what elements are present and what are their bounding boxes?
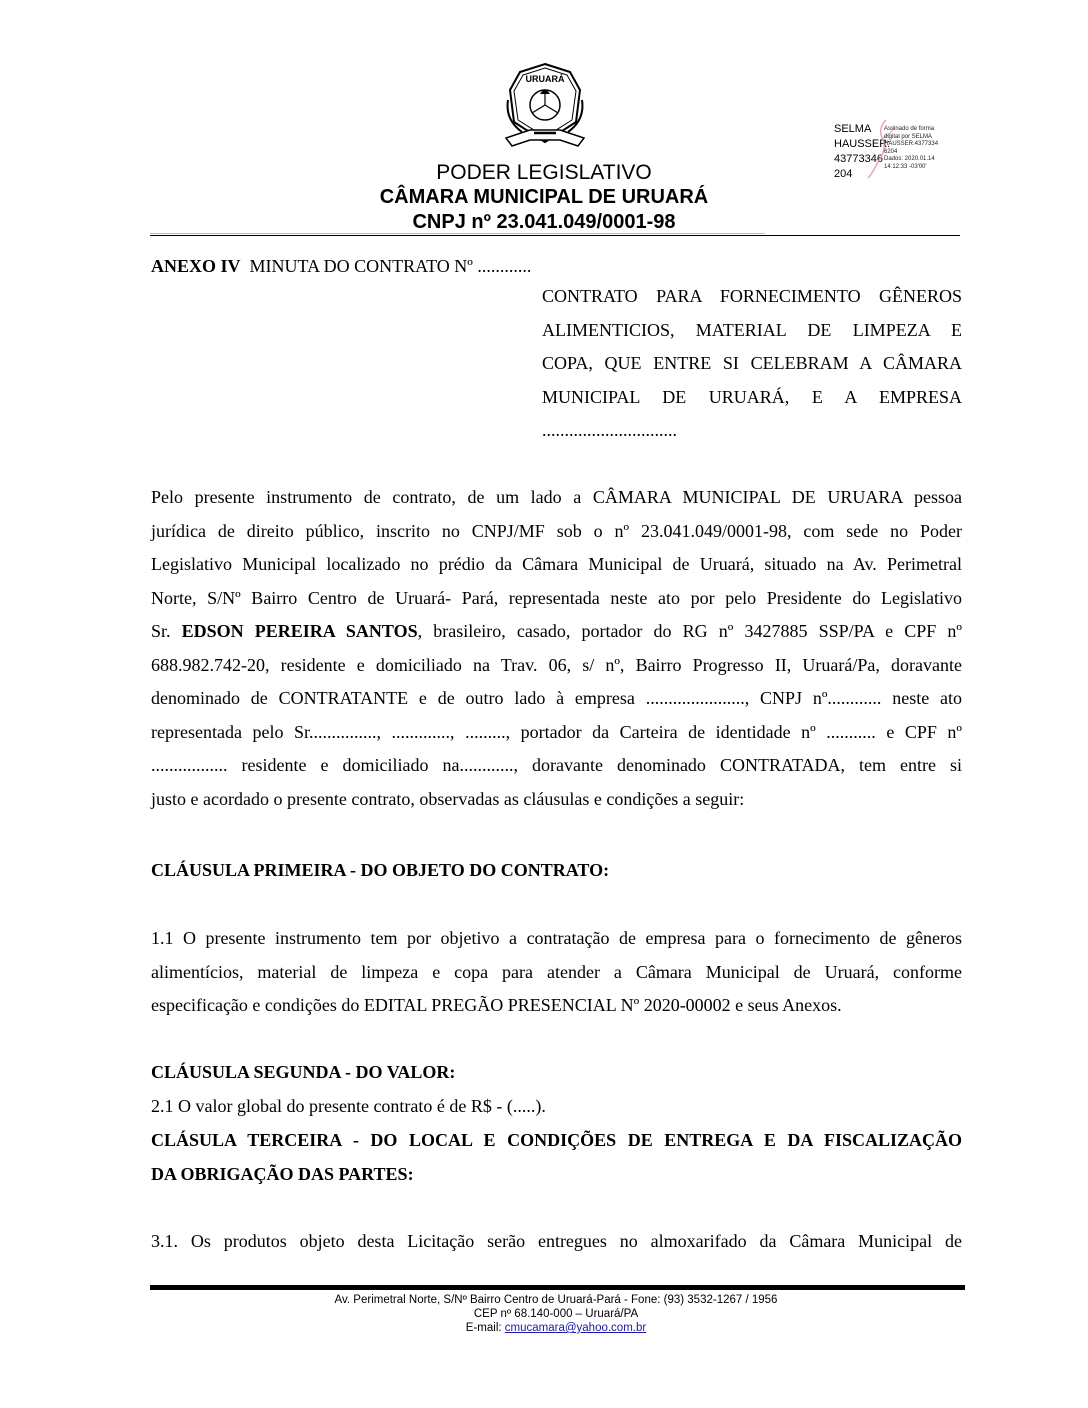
clause-1-text: 1.1 O presente instrumento tem por objet… — [151, 922, 962, 1023]
signature-details: Assinado de forma digital por SELMA HAUS… — [884, 126, 938, 172]
paragraph-line: Sr. EDSON PEREIRA SANTOS, brasileiro, ca… — [151, 615, 962, 649]
clause-3-heading: CLÁSULA TERCEIRA - DO LOCAL E CONDIÇÕES … — [151, 1124, 962, 1191]
summary-line: .............................. — [542, 414, 962, 448]
paragraph-line: 3.1. Os produtos objeto desta Licitação … — [151, 1225, 962, 1259]
paragraph-line: alimentícios, material de limpeza e copa… — [151, 956, 962, 990]
text-fragment: Sr. — [151, 621, 182, 641]
paragraph-line: Legislativo Municipal localizado no préd… — [151, 548, 962, 582]
footer-email-label: E-mail: — [466, 1322, 505, 1334]
text-fragment: , brasileiro, casado, portador do RG nº … — [418, 621, 962, 641]
footer-rule — [150, 1285, 965, 1290]
svg-text:URUARÁ: URUARÁ — [526, 74, 565, 84]
header-rule-shadow — [150, 233, 765, 234]
summary-line: MUNICIPAL DE URUARÁ, E A EMPRESA — [542, 381, 962, 415]
header-rule — [150, 235, 960, 236]
summary-line: ALIMENTICIOS, MATERIAL DE LIMPEZA E — [542, 314, 962, 348]
footer-cep: CEP nº 68.140-000 – Uruará/PA — [0, 1307, 1088, 1321]
heading-line: DA OBRIGAÇÃO DAS PARTES: — [151, 1158, 962, 1192]
summary-line: CONTRATO PARA FORNECIMENTO GÊNEROS — [542, 280, 962, 314]
paragraph-line: 688.982.742-20, residente e domiciliado … — [151, 649, 962, 683]
intro-paragraph: Pelo presente instrumento de contrato, d… — [151, 481, 962, 816]
president-name: EDSON PEREIRA SANTOS — [182, 621, 418, 641]
contract-summary: CONTRATO PARA FORNECIMENTO GÊNEROS ALIME… — [542, 280, 962, 448]
clause-2-text: 2.1 O valor global do presente contrato … — [151, 1090, 546, 1124]
paragraph-line: especificação e condições do EDITAL PREG… — [151, 989, 962, 1023]
footer-address: Av. Perimetral Norte, S/Nº Bairro Centro… — [0, 1293, 1088, 1307]
heading-line: CLÁSULA TERCEIRA - DO LOCAL E CONDIÇÕES … — [151, 1124, 962, 1158]
digital-signature-stamp: SELMA HAUSSER: 43773346 204 Assinado de … — [834, 122, 964, 182]
clause-2-heading: CLÁUSULA SEGUNDA - DO VALOR: — [151, 1056, 455, 1090]
footer-email-line: E-mail: cmucamara@yahoo.com.br — [0, 1321, 1088, 1335]
paragraph-line: 1.1 O presente instrumento tem por objet… — [151, 922, 962, 956]
footer-email-link[interactable]: cmucamara@yahoo.com.br — [505, 1322, 646, 1334]
annex-subtitle: MINUTA DO CONTRATO Nº ............ — [250, 256, 532, 276]
header-cnpj: CNPJ nº 23.041.049/0001-98 — [0, 211, 1088, 234]
paragraph-line: ................. residente e domiciliad… — [151, 749, 962, 783]
paragraph-line: Norte, S/Nº Bairro Centro de Uruará- Par… — [151, 582, 962, 616]
clause-1-heading: CLÁUSULA PRIMEIRA - DO OBJETO DO CONTRAT… — [151, 854, 609, 888]
header-camara-name: CÂMARA MUNICIPAL DE URUARÁ — [0, 186, 1088, 209]
clause-3-text: 3.1. Os produtos objeto desta Licitação … — [151, 1225, 962, 1259]
coat-of-arms-icon: URUARÁ — [500, 60, 590, 155]
annex-title: ANEXO IV MINUTA DO CONTRATO Nº .........… — [151, 250, 531, 284]
paragraph-line: justo e acordado o presente contrato, ob… — [151, 783, 962, 817]
summary-line: COPA, QUE ENTRE SI CELEBRAM A CÂMARA — [542, 347, 962, 381]
paragraph-line: Pelo presente instrumento de contrato, d… — [151, 481, 962, 515]
annex-label: ANEXO IV — [151, 256, 241, 276]
paragraph-line: representada pelo Sr..............., ...… — [151, 716, 962, 750]
paragraph-line: jurídica de direito público, inscrito no… — [151, 515, 962, 549]
paragraph-line: denominado de CONTRATANTE e de outro lad… — [151, 682, 962, 716]
